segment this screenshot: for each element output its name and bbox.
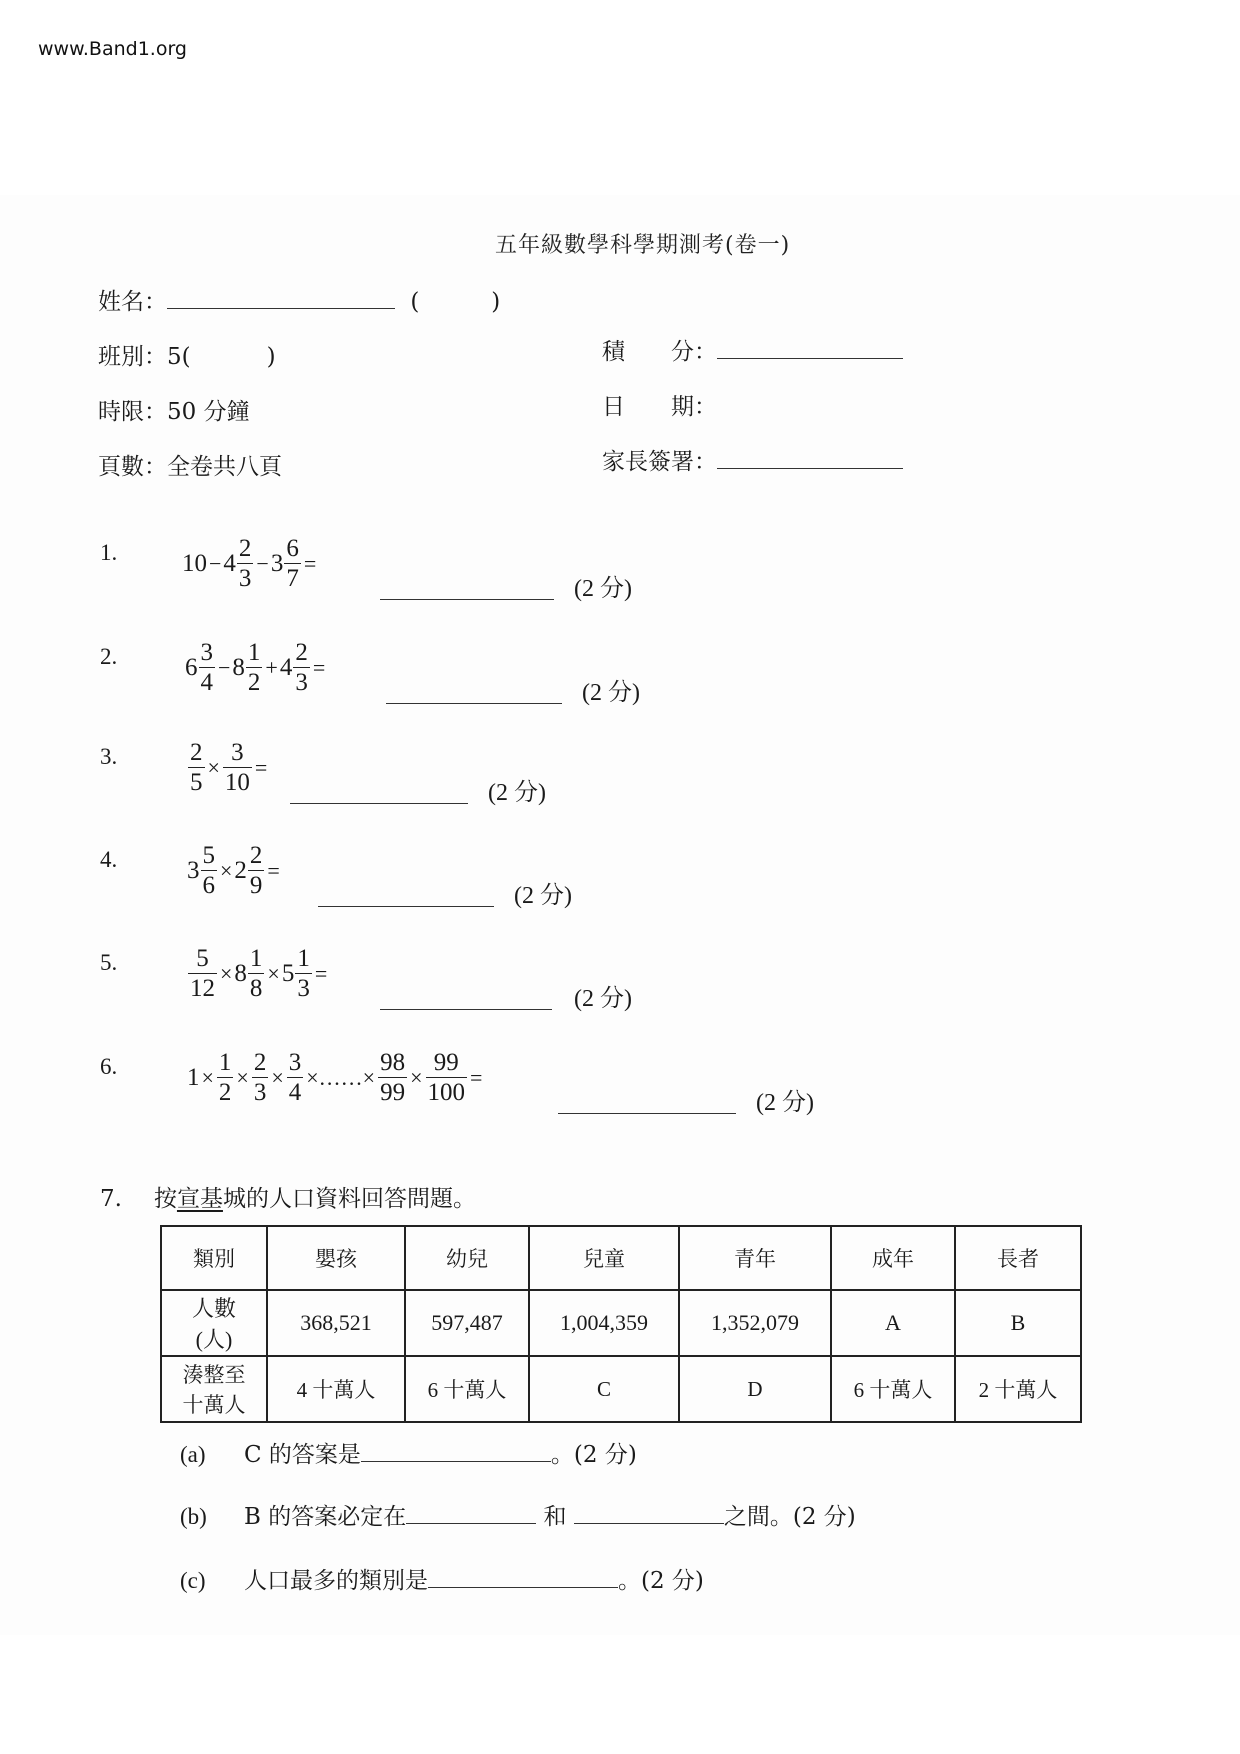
fraction: 12 [217,1050,234,1105]
question-number: 5. [100,950,117,976]
score-field: 積 分： [602,333,903,366]
table-cell: 4 十萬人 [267,1356,405,1422]
name-paren-open: ( [410,289,419,315]
question-2-expression: 634−812+423= [185,640,327,695]
table-cell: 2 十萬人 [955,1356,1081,1422]
answer-blank[interactable] [574,1503,724,1524]
table-cell: 597,487 [405,1290,529,1356]
table-cell: 幼兒 [405,1226,529,1290]
fraction: 99100 [426,1050,468,1105]
parent-signature-field: 家長簽署： [602,443,903,476]
question-number: 6. [100,1054,117,1080]
fraction: 9899 [378,1050,407,1105]
fraction: 25 [188,740,205,795]
class-paren-close: ) [267,344,276,370]
row-label-cell: 類別 [161,1226,267,1290]
question-1-expression: 10−423−367= [182,536,318,591]
table-cell: 嬰孩 [267,1226,405,1290]
table-cell: C [529,1356,679,1422]
name-paren-close: ) [491,289,500,315]
fraction: 23 [252,1050,269,1105]
table-cell: 6 十萬人 [831,1356,955,1422]
table-cell: D [679,1356,831,1422]
answer-blank[interactable] [380,1008,552,1010]
question-7: 7.按宣基城的人口資料回答問題。 [100,1180,476,1213]
page-count: 頁數：全卷共八頁 [98,448,282,481]
city-name: 宣基 [177,1186,223,1212]
sub-question-b: (b)B 的答案必定在 和 之間。(2 分) [180,1498,856,1531]
score-label: 積 分： [602,339,717,365]
question-7-prompt: 按宣基城的人口資料回答問題。 [154,1186,476,1212]
question-number: 3. [100,744,117,770]
name-label: 姓名： [98,289,167,315]
fraction: 56 [201,843,218,898]
table-cell: 長者 [955,1226,1081,1290]
answer-blank[interactable] [386,702,562,704]
table-cell: A [831,1290,955,1356]
time-limit: 時限：50 分鐘 [98,393,250,426]
marks-label: (2 分) [582,672,640,707]
parent-signature-label: 家長簽署： [602,449,717,475]
name-field: 姓名： () [98,283,500,316]
answer-blank[interactable] [380,598,554,600]
fraction: 18 [248,946,265,1001]
table-cell: 1,352,079 [679,1290,831,1356]
marks-label: (2 分) [756,1082,814,1117]
question-3-expression: 25×310= [187,740,269,795]
fraction: 29 [248,843,265,898]
table-cell: 1,004,359 [529,1290,679,1356]
table-cell: 成年 [831,1226,955,1290]
fraction: 34 [287,1050,304,1105]
website-watermark: www.Band1.org [38,38,187,60]
question-number: 1. [100,540,117,566]
answer-blank[interactable] [558,1112,736,1114]
answer-blank[interactable] [428,1567,618,1588]
class-label: 班別：5( [98,344,191,370]
marks-label: (2 分) [514,875,572,910]
population-table: 類別嬰孩幼兒兒童青年成年長者人數(人)368,521597,4871,004,3… [160,1225,1082,1423]
fraction: 12 [246,640,263,695]
question-4-expression: 356×229= [187,843,282,898]
fraction: 512 [188,946,217,1001]
question-number: 2. [100,644,117,670]
marks-label: (2 分) [574,978,632,1013]
marks-label: (2 分) [574,568,632,603]
table-cell: 368,521 [267,1290,405,1356]
question-number: 4. [100,847,117,873]
table-cell: 青年 [679,1226,831,1290]
row-label-cell: 湊整至十萬人 [161,1356,267,1422]
sub-question-c: (c)人口最多的類別是。(2 分) [180,1562,704,1595]
table-cell: B [955,1290,1081,1356]
score-blank[interactable] [717,357,903,359]
fraction: 23 [293,640,310,695]
question-number: 7. [100,1186,122,1212]
fraction: 13 [295,946,312,1001]
fraction: 34 [199,640,216,695]
table-row: 湊整至十萬人4 十萬人6 十萬人CD6 十萬人2 十萬人 [161,1356,1081,1422]
answer-blank[interactable] [361,1441,551,1462]
table-cell: 兒童 [529,1226,679,1290]
parent-signature-blank[interactable] [717,467,903,469]
answer-blank[interactable] [406,1503,536,1524]
table-header-row: 類別嬰孩幼兒兒童青年成年長者 [161,1226,1081,1290]
fraction: 23 [237,536,254,591]
fraction: 310 [223,740,252,795]
date-label: 日 期： [602,394,717,420]
table-cell: 6 十萬人 [405,1356,529,1422]
answer-blank[interactable] [290,802,468,804]
answer-blank[interactable] [318,905,494,907]
table-row: 人數(人)368,521597,4871,004,3591,352,079AB [161,1290,1081,1356]
row-label-cell: 人數(人) [161,1290,267,1356]
question-6-expression: 1×12×23×34×……×9899×99100= [187,1050,484,1105]
question-5-expression: 512×818×513= [187,946,329,1001]
marks-label: (2 分) [488,772,546,807]
name-blank[interactable] [167,307,395,309]
date-field: 日 期： [602,388,717,421]
sub-question-a: (a)C 的答案是。(2 分) [180,1436,637,1469]
class-field: 班別：5() [98,338,276,371]
fraction: 67 [284,536,301,591]
exam-title: 五年級數學科學期測考(卷一) [495,228,790,259]
